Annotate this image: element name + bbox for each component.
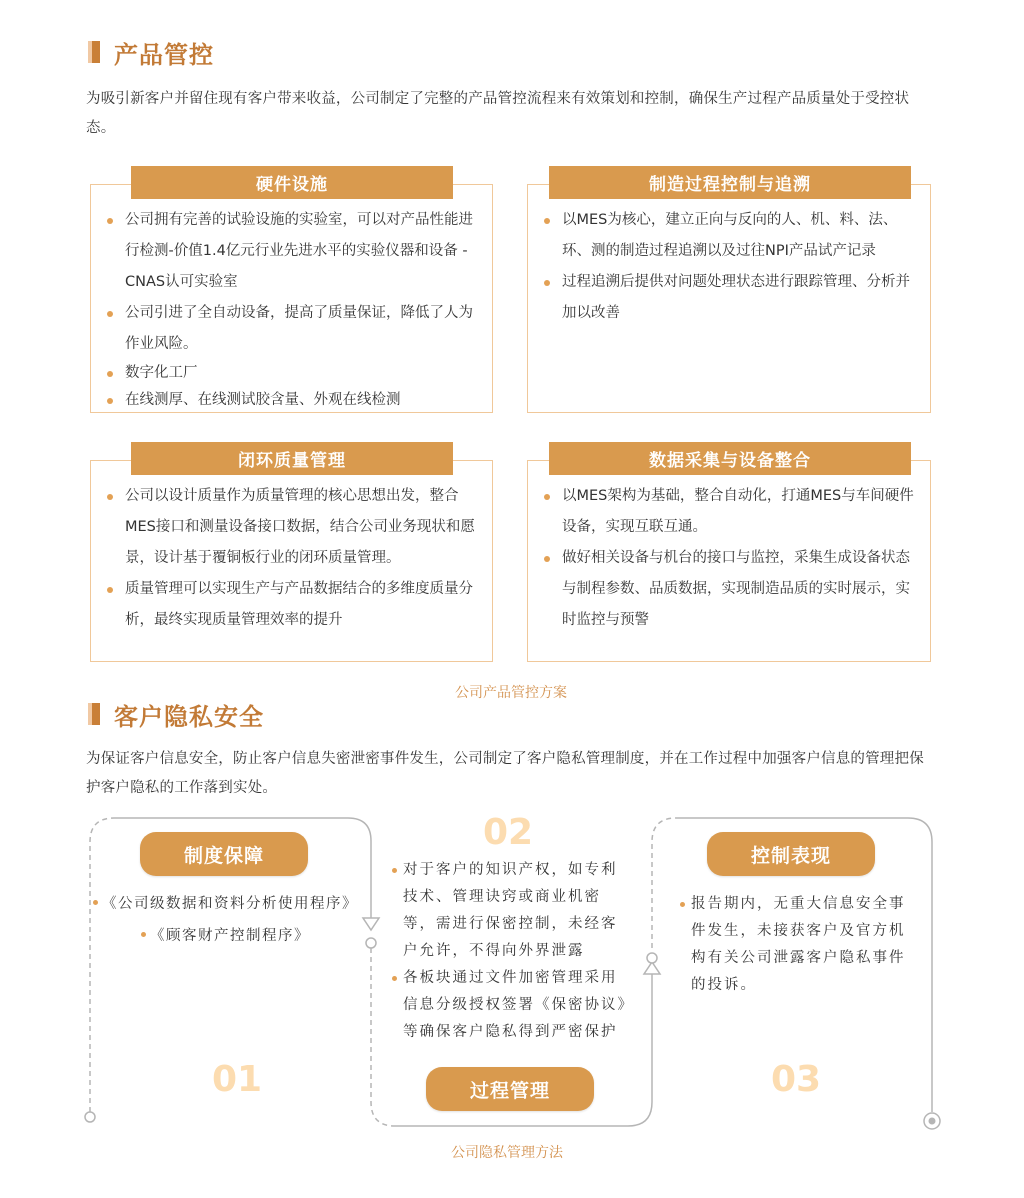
step-title-pill: 制度保障 [140,832,308,876]
list-item: 各板块通过文件加密管理采用信息分级授权签署《保密协议》等确保客户隐私得到严密保护 [392,965,628,1046]
bullet-dot-icon [392,976,397,981]
bullet-dot-icon [680,902,685,907]
step-number: 02 [458,812,558,853]
step-item-list: 报告期内，无重大信息安全事件发生，未接获客户及官方机构有关公司泄露客户隐私事件的… [680,891,916,999]
bullet-dot-icon [392,868,397,873]
ring-node-icon [85,1112,95,1122]
list-item: 《公司级数据和资料分析使用程序》 [93,891,358,918]
step-title-pill: 过程管理 [426,1067,594,1111]
ring-node-icon [647,953,657,963]
privacy-caption: 公司隐私管理方法 [407,1142,607,1162]
step-number: 01 [187,1059,287,1100]
step-number: 03 [746,1059,846,1100]
ring-node-icon [366,938,376,948]
step-item-list: 对于客户的知识产权，如专利技术、管理诀窍或商业机密等，需进行保密控制，未经客户允… [392,857,628,1046]
bullet-dot-icon [93,900,98,905]
list-item: 对于客户的知识产权，如专利技术、管理诀窍或商业机密等，需进行保密控制，未经客户允… [392,857,628,965]
list-item: 《顾客财产控制程序》 [141,923,310,950]
step-title-pill: 控制表现 [707,832,875,876]
list-item: 报告期内，无重大信息安全事件发生，未接获客户及官方机构有关公司泄露客户隐私事件的… [680,891,916,999]
arrow-up-icon [644,962,660,974]
bullet-dot-icon [141,932,146,937]
arrow-down-icon [363,918,379,930]
